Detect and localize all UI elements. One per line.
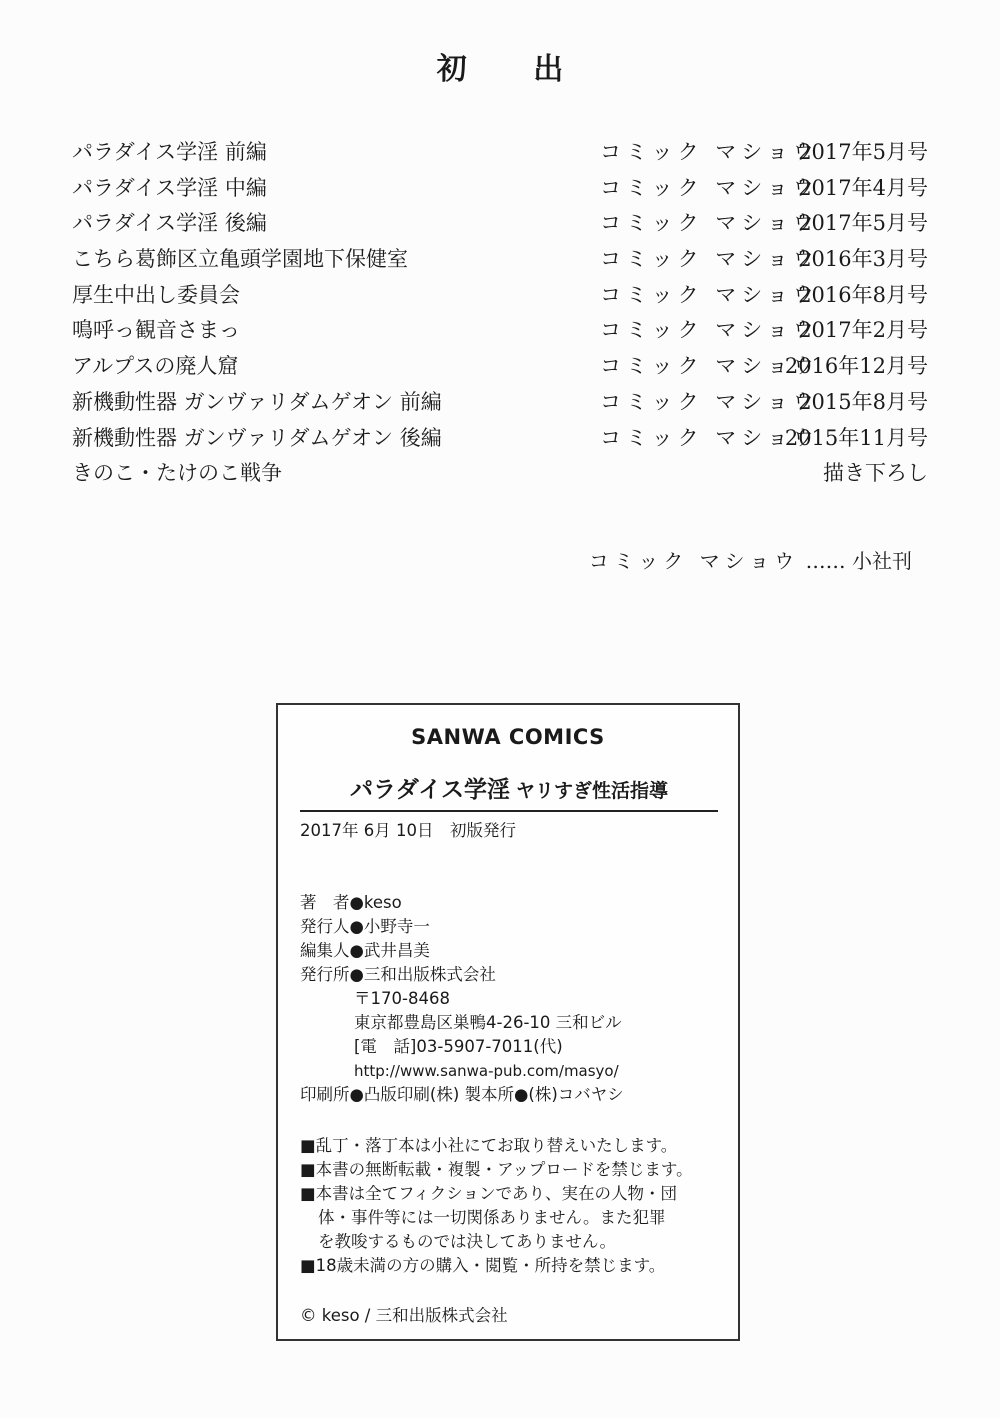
author-line: 著 者●keso xyxy=(300,891,624,915)
credit-magazine: コミック マショウ xyxy=(600,207,819,239)
credit-row: パラダイス学淫 前編 コミック マショウ 2017年5月号 xyxy=(72,136,928,172)
credit-title: パラダイス学淫 中編 xyxy=(72,172,267,204)
credit-magazine: コミック マショウ xyxy=(600,136,819,168)
book-title-main: パラダイス学淫 xyxy=(350,776,510,803)
credit-magazine: コミック マショウ xyxy=(600,172,819,204)
credit-row: アルプスの廃人窟 コミック マショウ 2016年12月号 xyxy=(72,350,928,386)
credit-title: 鳴呼っ観音さまっ xyxy=(72,314,240,346)
credit-title: パラダイス学淫 前編 xyxy=(72,136,267,168)
notice-item: ■本書は全てフィクションであり、実在の人物・団 xyxy=(300,1182,693,1206)
notice-item: ■18歳未満の方の購入・閲覧・所持を禁じます。 xyxy=(300,1254,693,1278)
publisher-note-text: 小社刊 xyxy=(852,549,912,573)
credit-row: こちら葛飾区立亀頭学園地下保健室 コミック マショウ 2016年3月号 xyxy=(72,243,928,279)
address: 東京都豊島区巣鴨4-26-10 三和ビル xyxy=(300,1011,624,1035)
printing-line: 印刷所●凸版印刷(株) 製本所●(株)コバヤシ xyxy=(300,1083,624,1107)
credits-list: パラダイス学淫 前編 コミック マショウ 2017年5月号 パラダイス学淫 中編… xyxy=(72,136,928,493)
credit-magazine: コミック マショウ xyxy=(600,386,819,418)
credit-issue: 2017年2月号 xyxy=(798,314,928,346)
credit-issue: 2017年4月号 xyxy=(798,172,928,204)
imprint-label: SANWA COMICS xyxy=(278,725,738,749)
credit-issue: 2015年11月号 xyxy=(785,422,928,454)
publisher-note-magazine: コミック マショウ xyxy=(589,549,800,573)
notice-item-continued: を教唆するものでは決してありません。 xyxy=(300,1230,693,1254)
publisher-line: 発行所●三和出版株式会社 xyxy=(300,963,624,987)
credit-magazine: コミック マショウ xyxy=(600,243,819,275)
editor-line: 編集人●武井昌美 xyxy=(300,939,624,963)
credit-issue: 2015年8月号 xyxy=(798,386,928,418)
notices-list: ■乱丁・落丁本は小社にてお取り替えいたします。 ■本書の無断転載・複製・アップロ… xyxy=(300,1134,693,1278)
book-title-sub: ヤリすぎ性活指導 xyxy=(516,780,668,802)
credit-title: 厚生中出し委員会 xyxy=(72,279,240,311)
credit-title: 新機動性器 ガンヴァリダムゲオン 後編 xyxy=(72,422,442,454)
credit-issue: 2016年12月号 xyxy=(785,350,928,382)
credit-title: アルプスの廃人窟 xyxy=(72,350,238,382)
credit-magazine: コミック マショウ xyxy=(600,279,819,311)
credit-row: パラダイス学淫 後編 コミック マショウ 2017年5月号 xyxy=(72,207,928,243)
notice-item: ■乱丁・落丁本は小社にてお取り替えいたします。 xyxy=(300,1134,693,1158)
credit-issue: 2017年5月号 xyxy=(798,207,928,239)
credit-issue: 2017年5月号 xyxy=(798,136,928,168)
postal-code: 〒170-8468 xyxy=(300,987,624,1011)
credit-row: 新機動性器 ガンヴァリダムゲオン 後編 コミック マショウ 2015年11月号 xyxy=(72,422,928,458)
publisher-person-line: 発行人●小野寺一 xyxy=(300,915,624,939)
page-title: 初 出 xyxy=(0,44,1000,88)
notice-item: ■本書の無断転載・複製・アップロードを禁じます。 xyxy=(300,1158,693,1182)
colophon-box: SANWA COMICS パラダイス学淫ヤリすぎ性活指導 2017年 6月 10… xyxy=(276,703,740,1341)
publisher-note: コミック マショウ …… 小社刊 xyxy=(589,546,912,576)
phone: [電 話]03-5907-7011(代) xyxy=(300,1035,624,1059)
publisher-note-separator: …… xyxy=(799,549,852,573)
staff-list: 著 者●keso 発行人●小野寺一 編集人●武井昌美 発行所●三和出版株式会社 … xyxy=(300,891,624,1107)
credit-magazine: コミック マショウ xyxy=(600,314,819,346)
credit-title: 新機動性器 ガンヴァリダムゲオン 前編 xyxy=(72,386,442,418)
copyright: © keso / 三和出版株式会社 xyxy=(300,1302,508,1326)
credit-issue: 描き下ろし xyxy=(823,457,928,489)
website-url: http://www.sanwa-pub.com/masyo/ xyxy=(300,1059,624,1083)
credit-title: パラダイス学淫 後編 xyxy=(72,207,267,239)
notice-item-continued: 体・事件等には一切関係ありません。また犯罪 xyxy=(300,1206,693,1230)
credit-row: 新機動性器 ガンヴァリダムゲオン 前編 コミック マショウ 2015年8月号 xyxy=(72,386,928,422)
credit-row: きのこ・たけのこ戦争 描き下ろし xyxy=(72,457,928,493)
book-title: パラダイス学淫ヤリすぎ性活指導 xyxy=(300,771,718,812)
credit-row: パラダイス学淫 中編 コミック マショウ 2017年4月号 xyxy=(72,172,928,208)
credit-issue: 2016年8月号 xyxy=(798,279,928,311)
credit-row: 厚生中出し委員会 コミック マショウ 2016年8月号 xyxy=(72,279,928,315)
credit-issue: 2016年3月号 xyxy=(798,243,928,275)
publish-date: 2017年 6月 10日 初版発行 xyxy=(300,817,516,841)
credit-title: こちら葛飾区立亀頭学園地下保健室 xyxy=(72,243,408,275)
credit-row: 鳴呼っ観音さまっ コミック マショウ 2017年2月号 xyxy=(72,314,928,350)
credit-title: きのこ・たけのこ戦争 xyxy=(72,457,282,489)
